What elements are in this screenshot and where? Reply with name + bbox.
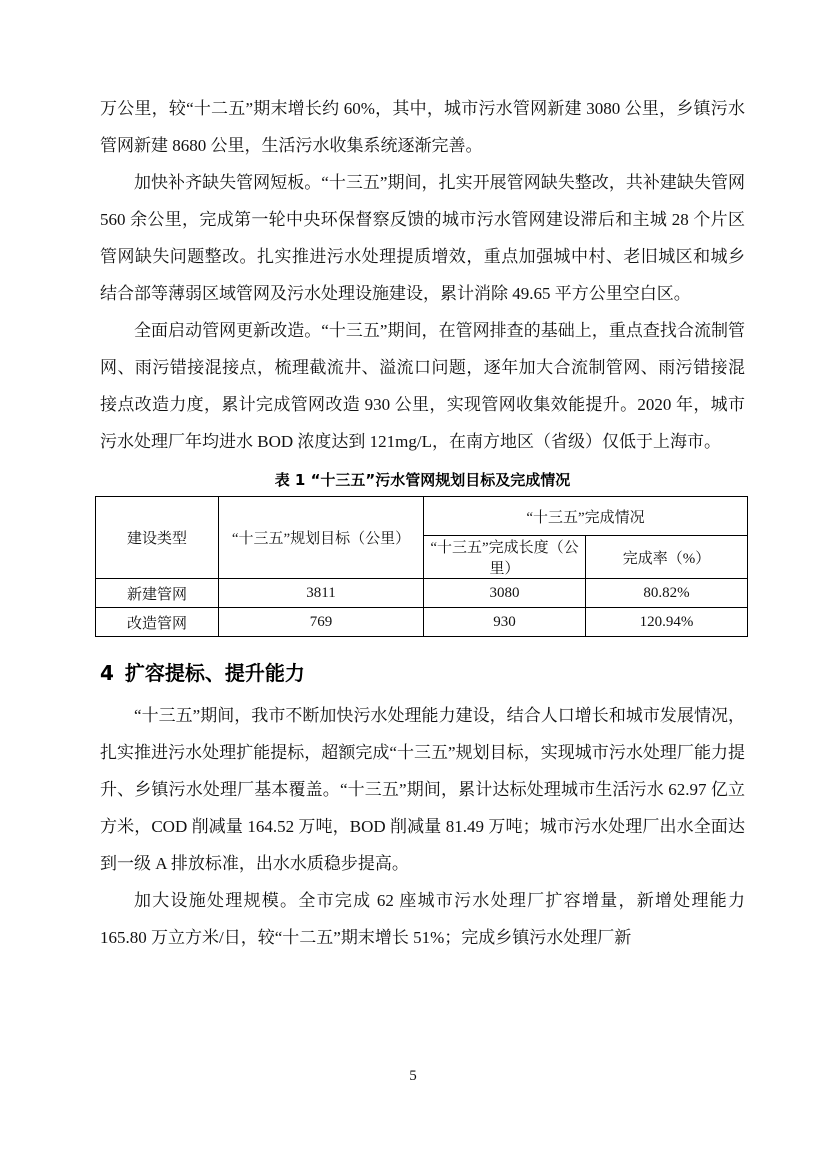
cell-target: 769 (219, 608, 424, 637)
cell-type: 改造管网 (96, 608, 219, 637)
table-row-renovated-pipeline: 改造管网 769 930 120.94% (96, 608, 748, 637)
section-title: 扩容提标、提升能力 (125, 661, 305, 685)
table-header-rate: 完成率（%） (586, 536, 748, 579)
table-header-completion-group: “十三五”完成情况 (424, 497, 748, 536)
paragraph-pipeline-renewal: 全面启动管网更新改造。“十三五”期间，在管网排查的基础上，重点查找合流制管网、雨… (100, 312, 745, 460)
table-header-target: “十三五”规划目标（公里） (219, 497, 424, 579)
cell-length: 3080 (424, 579, 586, 608)
page-number: 5 (0, 1068, 826, 1085)
section-heading: 4扩容提标、提升能力 (100, 658, 745, 688)
cell-rate: 120.94% (586, 608, 748, 637)
cell-rate: 80.82% (586, 579, 748, 608)
paragraph-capacity-overview: “十三五”期间，我市不断加快污水处理能力建设，结合人口增长和城市发展情况，扎实推… (100, 697, 745, 882)
paragraph-facility-scale: 加大设施处理规模。全市完成 62 座城市污水处理厂扩容增量，新增处理能力 165… (100, 882, 745, 956)
cell-target: 3811 (219, 579, 424, 608)
page-content: 万公里，较“十二五”期末增长约 60%，其中，城市污水管网新建 3080 公里，… (0, 0, 826, 956)
table-row-new-pipeline: 新建管网 3811 3080 80.82% (96, 579, 748, 608)
document-page: 万公里，较“十二五”期末增长约 60%，其中，城市污水管网新建 3080 公里，… (0, 0, 826, 1169)
section-number: 4 (100, 661, 114, 685)
table-header-type: 建设类型 (96, 497, 219, 579)
table-header-length: “十三五”完成长度（公里） (424, 536, 586, 579)
table-caption: 表 1 “十三五”污水管网规划目标及完成情况 (100, 469, 745, 491)
paragraph-continuation: 万公里，较“十二五”期末增长约 60%，其中，城市污水管网新建 3080 公里，… (100, 90, 745, 164)
cell-type: 新建管网 (96, 579, 219, 608)
pipeline-plan-table: 建设类型 “十三五”规划目标（公里） “十三五”完成情况 “十三五”完成长度（公… (95, 496, 748, 637)
cell-length: 930 (424, 608, 586, 637)
paragraph-pipeline-gap-fix: 加快补齐缺失管网短板。“十三五”期间，扎实开展管网缺失整改，共补建缺失管网 56… (100, 164, 745, 312)
table-header-row-1: 建设类型 “十三五”规划目标（公里） “十三五”完成情况 (96, 497, 748, 536)
